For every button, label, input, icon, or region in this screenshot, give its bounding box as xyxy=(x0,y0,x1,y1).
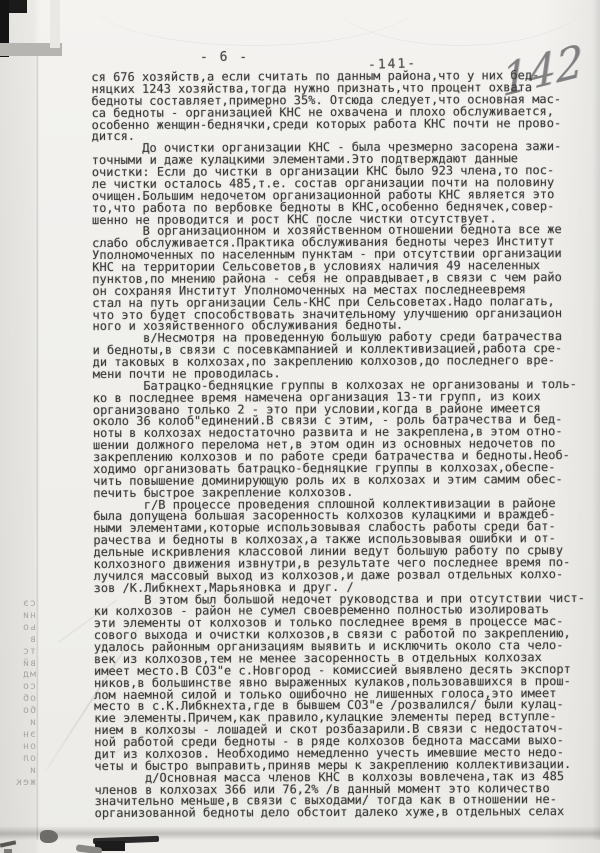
bleed-through-text: сэ ни ьо в тс вй мд со об бо и эн он ол … xyxy=(2,598,36,789)
document-page: сэ ни ьо в тс вй мд со об бо и эн он ол … xyxy=(0,0,600,853)
scanned-document: сэ ни ьо в тс вй мд со об бо и эн он ол … xyxy=(0,0,600,853)
vertical-fold-crease xyxy=(36,55,39,840)
scanner-corner-mark xyxy=(9,0,27,13)
paper-wrinkle xyxy=(330,0,590,46)
typed-text: ся 676 хозяйств,а если считать по данным… xyxy=(91,70,591,820)
page-number: - 6 - xyxy=(200,50,249,65)
torn-edge-shadow xyxy=(0,826,600,840)
tear-debris-mark xyxy=(40,830,58,843)
scanner-corner-mark xyxy=(50,0,60,48)
tear-debris-mark xyxy=(4,849,12,853)
page-edge-shadow xyxy=(592,0,600,840)
